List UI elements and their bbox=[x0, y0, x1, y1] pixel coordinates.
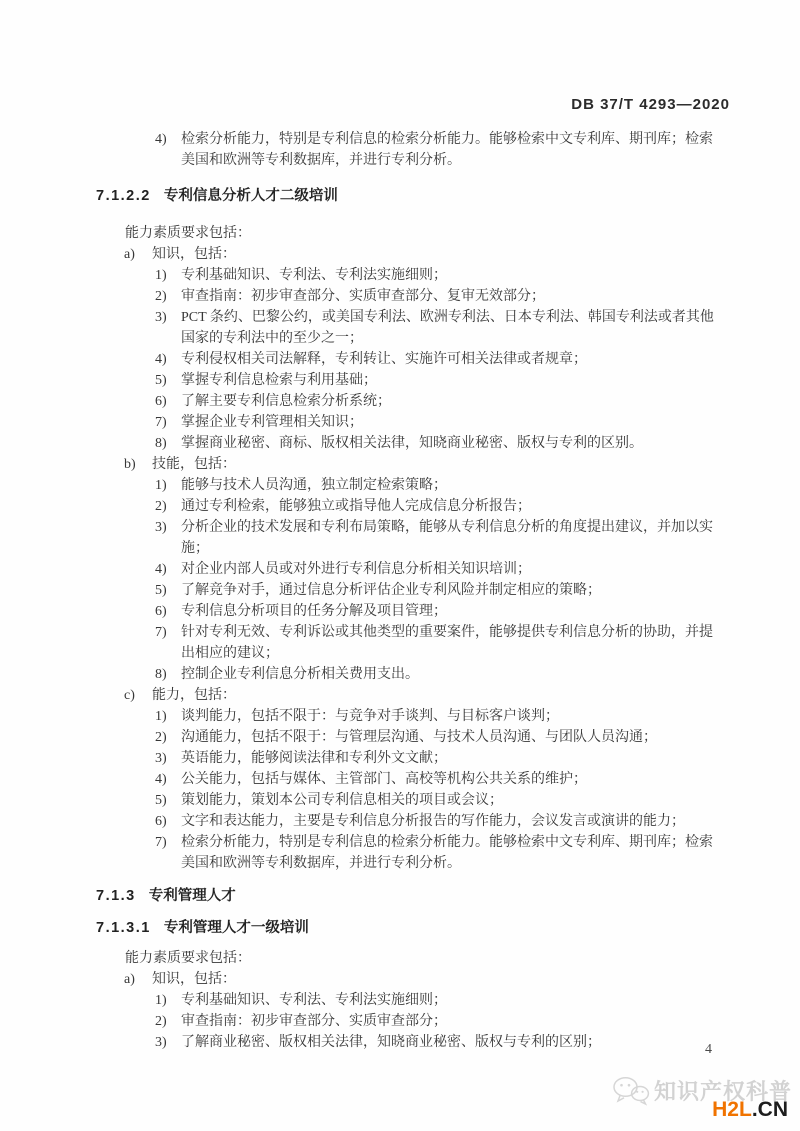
list-item: 3)PCT 条约、巴黎公约，或美国专利法、欧洲专利法、日本专利法、韩国专利法或者… bbox=[155, 307, 724, 349]
list-item: 8)掌握商业秘密、商标、版权相关法律，知晓商业秘密、版权与专利的区别。 bbox=[155, 433, 724, 454]
section-title: 专利管理人才一级培训 bbox=[164, 920, 309, 936]
list-item-number: 1) bbox=[155, 265, 181, 286]
list-item-number: 7) bbox=[155, 412, 181, 433]
section-heading: 7.1.2.2专利信息分析人才二级培训 bbox=[96, 186, 800, 207]
list-item-number: 6) bbox=[155, 811, 181, 832]
watermark-site-tld: .CN bbox=[752, 1098, 788, 1121]
list-item: 3)英语能力，能够阅读法律和专利外文文献； bbox=[155, 748, 724, 769]
list-item-text: 分析企业的技术发展和专利布局策略，能够从专利信息分析的角度提出建议，并加以实施； bbox=[181, 517, 724, 559]
section-number: 7.1.2.2 bbox=[96, 188, 151, 204]
list-item-text: 控制企业专利信息分析相关费用支出。 bbox=[181, 664, 724, 685]
list-item-number: 8) bbox=[155, 433, 181, 454]
letter-group-header: c) 能力，包括： bbox=[124, 685, 724, 706]
list-item: 3)了解商业秘密、版权相关法律，知晓商业秘密、版权与专利的区别； bbox=[155, 1032, 724, 1053]
list-item-number: 1) bbox=[155, 990, 181, 1011]
list-item-text: 掌握专利信息检索与利用基础； bbox=[181, 370, 724, 391]
list-item-number: 2) bbox=[155, 727, 181, 748]
intro-text: 能力素质要求包括： bbox=[125, 948, 724, 969]
watermark-site-main: H2L bbox=[712, 1098, 752, 1121]
letter-label: b) bbox=[124, 454, 152, 475]
list-item-number: 4) bbox=[155, 769, 181, 790]
list-item-text: 检索分析能力，特别是专利信息的检索分析能力。能够检索中文专利库、期刊库；检索美国… bbox=[181, 832, 724, 874]
letter-group-header: b) 技能，包括： bbox=[124, 454, 724, 475]
list-item-text: 专利基础知识、专利法、专利法实施细则； bbox=[181, 265, 724, 286]
list-item-number: 7) bbox=[155, 832, 181, 874]
list-item-text: 谈判能力，包括不限于：与竞争对手谈判、与目标客户谈判； bbox=[181, 706, 724, 727]
list-item-text: 通过专利检索，能够独立或指导他人完成信息分析报告； bbox=[181, 496, 724, 517]
list-item-number: 4) bbox=[155, 349, 181, 370]
list-item-number: 3) bbox=[155, 307, 181, 349]
list-item-number: 2) bbox=[155, 496, 181, 517]
list-item-number: 1) bbox=[155, 475, 181, 496]
list-item-number: 5) bbox=[155, 790, 181, 811]
list-item-text: 策划能力，策划本公司专利信息相关的项目或会议； bbox=[181, 790, 724, 811]
list-item-number: 3) bbox=[155, 517, 181, 559]
list-item-number: 7) bbox=[155, 622, 181, 664]
list-item: 4) 检索分析能力，特别是专利信息的检索分析能力。能够检索中文专利库、期刊库；检… bbox=[155, 129, 724, 171]
section-number: 7.1.3.1 bbox=[96, 920, 151, 936]
list-item-number: 2) bbox=[155, 286, 181, 307]
list-item-text: 英语能力，能够阅读法律和专利外文文献； bbox=[181, 748, 724, 769]
list-item: 1)专利基础知识、专利法、专利法实施细则； bbox=[155, 265, 724, 286]
list-item-text: 审查指南：初步审查部分、实质审查部分； bbox=[181, 1011, 724, 1032]
section-title: 专利管理人才 bbox=[149, 888, 236, 904]
list-item-text: PCT 条约、巴黎公约，或美国专利法、欧洲专利法、日本专利法、韩国专利法或者其他… bbox=[181, 307, 724, 349]
list-item-number: 3) bbox=[155, 1032, 181, 1053]
list-item-text: 专利信息分析项目的任务分解及项目管理； bbox=[181, 601, 724, 622]
list-item: 2)沟通能力，包括不限于：与管理层沟通、与技术人员沟通、与团队人员沟通； bbox=[155, 727, 724, 748]
list-item: 1)谈判能力，包括不限于：与竞争对手谈判、与目标客户谈判； bbox=[155, 706, 724, 727]
list-item-text: 公关能力，包括与媒体、主管部门、高校等机构公共关系的维护； bbox=[181, 769, 724, 790]
list-item-text: 掌握企业专利管理相关知识； bbox=[181, 412, 724, 433]
letter-label: a) bbox=[124, 969, 152, 990]
standard-code-header: DB 37/T 4293—2020 bbox=[0, 0, 800, 115]
list-item-number: 5) bbox=[155, 370, 181, 391]
list-item-number: 8) bbox=[155, 664, 181, 685]
list-item-text: 沟通能力，包括不限于：与管理层沟通、与技术人员沟通、与团队人员沟通； bbox=[181, 727, 724, 748]
intro-text: 能力素质要求包括： bbox=[125, 223, 724, 244]
list-item: 6)文字和表达能力，主要是专利信息分析报告的写作能力，会议发言或演讲的能力； bbox=[155, 811, 724, 832]
list-item: 4)对企业内部人员或对外进行专利信息分析相关知识培训； bbox=[155, 559, 724, 580]
list-item-text: 能够与技术人员沟通，独立制定检索策略； bbox=[181, 475, 724, 496]
letter-label: a) bbox=[124, 244, 152, 265]
list-item-text: 了解主要专利信息检索分析系统； bbox=[181, 391, 724, 412]
wechat-logo-icon bbox=[612, 1076, 650, 1106]
list-item: 5)策划能力，策划本公司专利信息相关的项目或会议； bbox=[155, 790, 724, 811]
list-item-text: 审查指南：初步审查部分、实质审查部分、复审无效部分； bbox=[181, 286, 724, 307]
list-item: 4)公关能力，包括与媒体、主管部门、高校等机构公共关系的维护； bbox=[155, 769, 724, 790]
list-item: 4)专利侵权相关司法解释，专利转让、实施许可相关法律或者规章； bbox=[155, 349, 724, 370]
list-item-text: 了解商业秘密、版权相关法律，知晓商业秘密、版权与专利的区别； bbox=[181, 1032, 724, 1053]
letter-label: c) bbox=[124, 685, 152, 706]
list-item-text: 专利基础知识、专利法、专利法实施细则； bbox=[181, 990, 724, 1011]
section-number: 7.1.3 bbox=[96, 888, 136, 904]
letter-title: 知识，包括： bbox=[152, 969, 236, 990]
list-item: 6)了解主要专利信息检索分析系统； bbox=[155, 391, 724, 412]
list-item-number: 3) bbox=[155, 748, 181, 769]
list-item-number: 6) bbox=[155, 601, 181, 622]
list-item-text: 掌握商业秘密、商标、版权相关法律，知晓商业秘密、版权与专利的区别。 bbox=[181, 433, 724, 454]
list-item-number: 6) bbox=[155, 391, 181, 412]
list-item-number: 5) bbox=[155, 580, 181, 601]
list-item-text: 了解竞争对手，通过信息分析评估企业专利风险并制定相应的策略； bbox=[181, 580, 724, 601]
document-page: DB 37/T 4293—2020 4) 检索分析能力，特别是专利信息的检索分析… bbox=[0, 0, 800, 1131]
list-item-text: 专利侵权相关司法解释，专利转让、实施许可相关法律或者规章； bbox=[181, 349, 724, 370]
list-item-text: 针对专利无效、专利诉讼或其他类型的重要案件，能够提供专利信息分析的协助，并提出相… bbox=[181, 622, 724, 664]
page-number: 4 bbox=[705, 1039, 712, 1060]
letter-group-header: a) 知识，包括： bbox=[124, 969, 724, 990]
letter-title: 能力，包括： bbox=[152, 685, 236, 706]
list-item-text: 对企业内部人员或对外进行专利信息分析相关知识培训； bbox=[181, 559, 724, 580]
list-item: 2)审查指南：初步审查部分、实质审查部分； bbox=[155, 1011, 724, 1032]
list-item-number: 4) bbox=[155, 559, 181, 580]
list-item: 7)检索分析能力，特别是专利信息的检索分析能力。能够检索中文专利库、期刊库；检索… bbox=[155, 832, 724, 874]
list-item: 8)控制企业专利信息分析相关费用支出。 bbox=[155, 664, 724, 685]
list-item: 6)专利信息分析项目的任务分解及项目管理； bbox=[155, 601, 724, 622]
letter-group-header: a) 知识，包括： bbox=[124, 244, 724, 265]
list-item-number: 2) bbox=[155, 1011, 181, 1032]
section-title: 专利信息分析人才二级培训 bbox=[164, 188, 338, 204]
letter-title: 技能，包括： bbox=[152, 454, 236, 475]
list-item: 2)通过专利检索，能够独立或指导他人完成信息分析报告； bbox=[155, 496, 724, 517]
list-item: 7)针对专利无效、专利诉讼或其他类型的重要案件，能够提供专利信息分析的协助，并提… bbox=[155, 622, 724, 664]
list-item-number: 4) bbox=[155, 129, 181, 171]
list-item: 1)能够与技术人员沟通，独立制定检索策略； bbox=[155, 475, 724, 496]
list-item: 3)分析企业的技术发展和专利布局策略，能够从专利信息分析的角度提出建议，并加以实… bbox=[155, 517, 724, 559]
list-item-text: 检索分析能力，特别是专利信息的检索分析能力。能够检索中文专利库、期刊库；检索美国… bbox=[181, 129, 724, 171]
list-item: 5)掌握专利信息检索与利用基础； bbox=[155, 370, 724, 391]
list-item-text: 文字和表达能力，主要是专利信息分析报告的写作能力，会议发言或演讲的能力； bbox=[181, 811, 724, 832]
list-item: 5)了解竞争对手，通过信息分析评估企业专利风险并制定相应的策略； bbox=[155, 580, 724, 601]
section-heading: 7.1.3.1专利管理人才一级培训 bbox=[96, 918, 800, 939]
list-item: 7)掌握企业专利管理相关知识； bbox=[155, 412, 724, 433]
list-item: 2)审查指南：初步审查部分、实质审查部分、复审无效部分； bbox=[155, 286, 724, 307]
list-item: 1)专利基础知识、专利法、专利法实施细则； bbox=[155, 990, 724, 1011]
letter-title: 知识，包括： bbox=[152, 244, 236, 265]
watermark: 知识产权科普 H2L.CN bbox=[612, 1076, 794, 1121]
list-item-number: 1) bbox=[155, 706, 181, 727]
section-heading: 7.1.3专利管理人才 bbox=[96, 886, 800, 907]
